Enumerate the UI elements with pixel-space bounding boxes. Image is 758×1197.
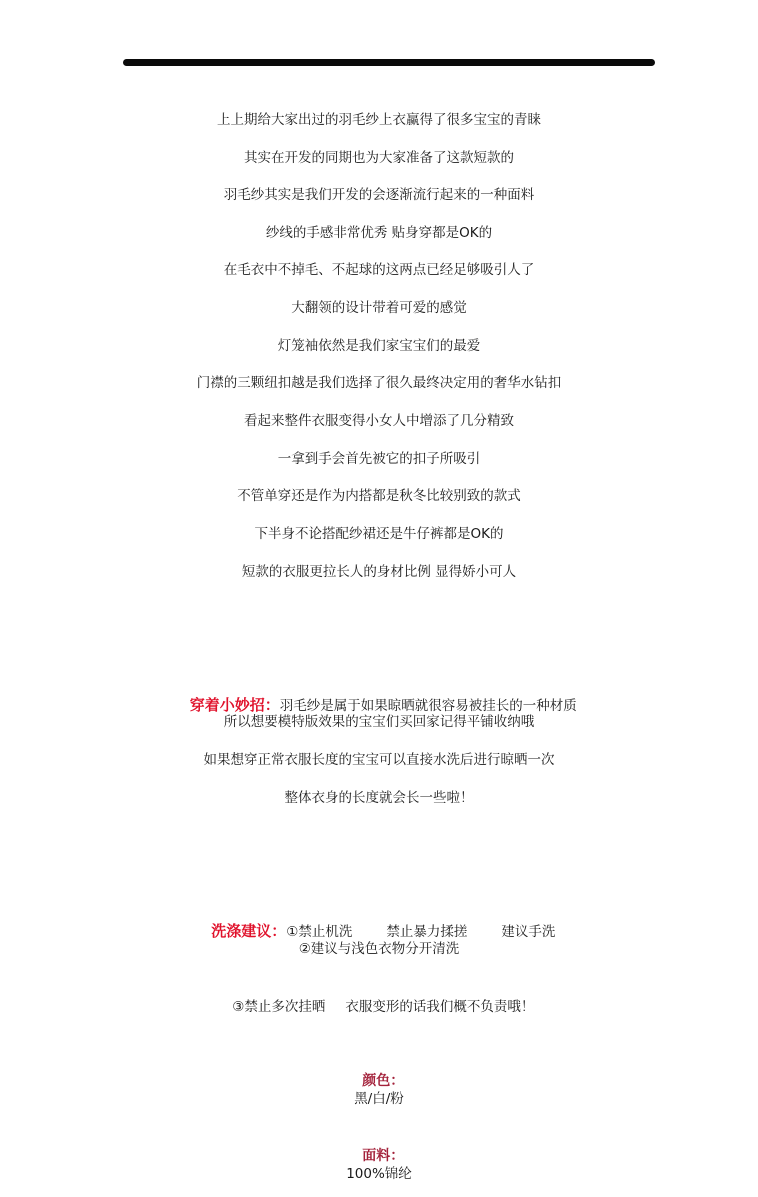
intro-line: 短款的衣服更拉长人的身材比例 显得娇小可人 [0, 562, 758, 582]
fabric-value: 100%锦纶 [0, 1164, 758, 1184]
tips-line: 整体衣身的长度就会长一些啦！ [0, 788, 758, 808]
intro-line: 灯笼袖依然是我们家宝宝们的最爱 [0, 336, 758, 356]
washing-rule-3: ③禁止多次挂晒衣服变形的话我们概不负责哦！ [0, 977, 758, 1017]
washing-rule-1b: 禁止暴力揉搓 [386, 924, 467, 940]
intro-line: 看起来整件衣服变得小女人中增添了几分精致 [0, 411, 758, 431]
intro-line: 上上期给大家出过的羽毛纱上衣赢得了很多宝宝的青睐 [0, 110, 758, 130]
washing-rule-1c: 建议手洗 [501, 924, 555, 940]
washing-rule-1a: ①禁止机洗 [286, 924, 352, 940]
intro-line: 门襟的三颗纽扣越是我们选择了很久最终决定用的奢华水钻扣 [0, 373, 758, 393]
intro-line: 羽毛纱其实是我们开发的会逐渐流行起来的一种面料 [0, 185, 758, 205]
color-label: 颜色： [362, 1073, 404, 1089]
intro-line: 下半身不论搭配纱裙还是牛仔裤都是OK的 [0, 524, 758, 544]
washing-rule-3b: 衣服变形的话我们概不负责哦！ [345, 999, 534, 1015]
washing-rule-1: 洗涤建议：①禁止机洗禁止暴力揉搓建议手洗 [0, 901, 758, 942]
intro-line: 在毛衣中不掉毛、不起球的这两点已经足够吸引人了 [0, 260, 758, 280]
washing-rule-3a: ③禁止多次挂晒 [232, 999, 325, 1015]
washing-rule-2: ②建议与浅色衣物分开清洗 [0, 939, 758, 959]
tips-line: 如果想穿正常衣服长度的宝宝可以直接水洗后进行晾晒一次 [0, 750, 758, 770]
tips-line: 所以想要模特版效果的宝宝们买回家记得平铺收纳哦 [0, 712, 758, 732]
fabric-label: 面料： [362, 1148, 404, 1164]
color-label-row: 颜色： [0, 1051, 758, 1091]
intro-line: 一拿到手会首先被它的扣子所吸引 [0, 449, 758, 469]
color-value: 黑/白/粉 [0, 1089, 758, 1109]
intro-line: 大翻领的设计带着可爱的感觉 [0, 298, 758, 318]
intro-line: 纱线的手感非常优秀 贴身穿都是OK的 [0, 223, 758, 243]
intro-line: 其实在开发的同期也为大家准备了这款短款的 [0, 148, 758, 168]
fabric-label-row: 面料： [0, 1126, 758, 1166]
tips-first-line: 穿着小妙招：羽毛纱是属于如果晾晒就很容易被挂长的一种材质 [0, 675, 758, 716]
intro-line: 不管单穿还是作为内搭都是秋冬比较别致的款式 [0, 486, 758, 506]
washing-heading: 洗涤建议： [211, 922, 286, 940]
top-divider-bar [123, 59, 655, 66]
